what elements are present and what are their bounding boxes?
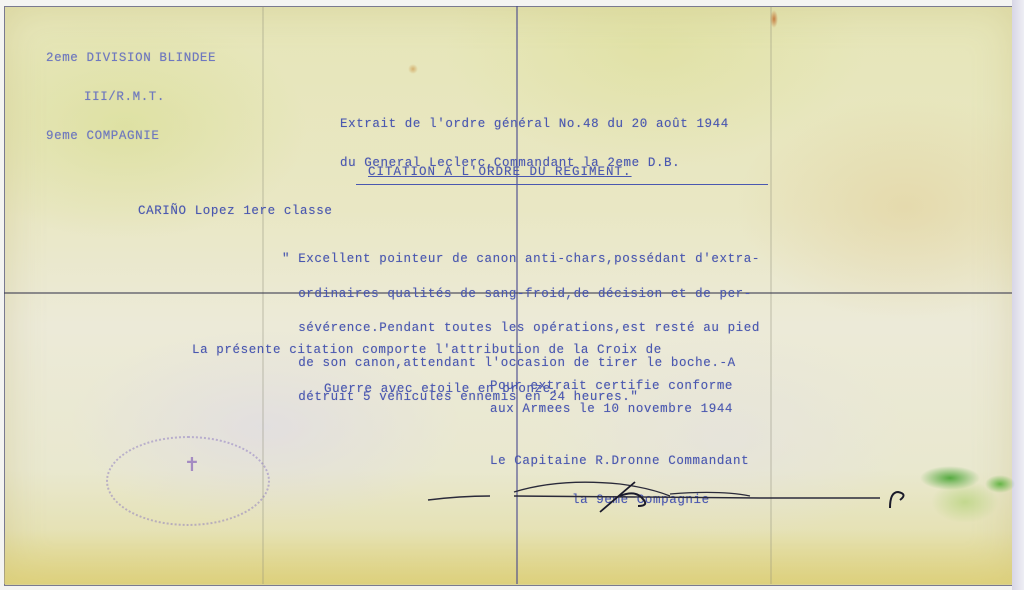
document-title: CITATION A L'ORDRE DU REGIMENT. [368, 166, 632, 179]
handwritten-signature [420, 470, 920, 520]
rust-stain [770, 10, 778, 28]
place-date: aux Armees le 10 novembre 1944 [490, 403, 733, 416]
citation-line: ordinaires qualités de sang-froid,de déc… [282, 289, 760, 301]
citation-line: " Excellent pointeur de canon anti-chars… [282, 254, 760, 266]
rust-stain [408, 64, 418, 74]
award-statement: La présente citation comporte l'attribut… [192, 318, 662, 409]
header-company: 9eme COMPAGNIE [46, 130, 216, 143]
recipient-name: CARIÑO Lopez 1ere classe [138, 205, 332, 218]
title-underline [356, 184, 768, 185]
yellowed-bottom-band [4, 530, 1012, 584]
award-line-1: La présente citation comporte l'attribut… [192, 344, 662, 357]
reference-line-1: Extrait de l'ordre général No.48 du 20 a… [340, 118, 729, 131]
green-stain [920, 462, 1015, 522]
header-regiment: III/R.M.T. [46, 91, 216, 104]
header-division: 2eme DIVISION BLINDEE [46, 52, 216, 65]
stamp-emblem-icon: ✝ [172, 452, 212, 482]
signatory-line-1: Le Capitaine R.Dronne Commandant [490, 455, 749, 468]
unit-header: 2eme DIVISION BLINDEE III/R.M.T. 9eme CO… [46, 26, 216, 156]
certification-line: Pour extrait certifie conforme [490, 380, 733, 393]
